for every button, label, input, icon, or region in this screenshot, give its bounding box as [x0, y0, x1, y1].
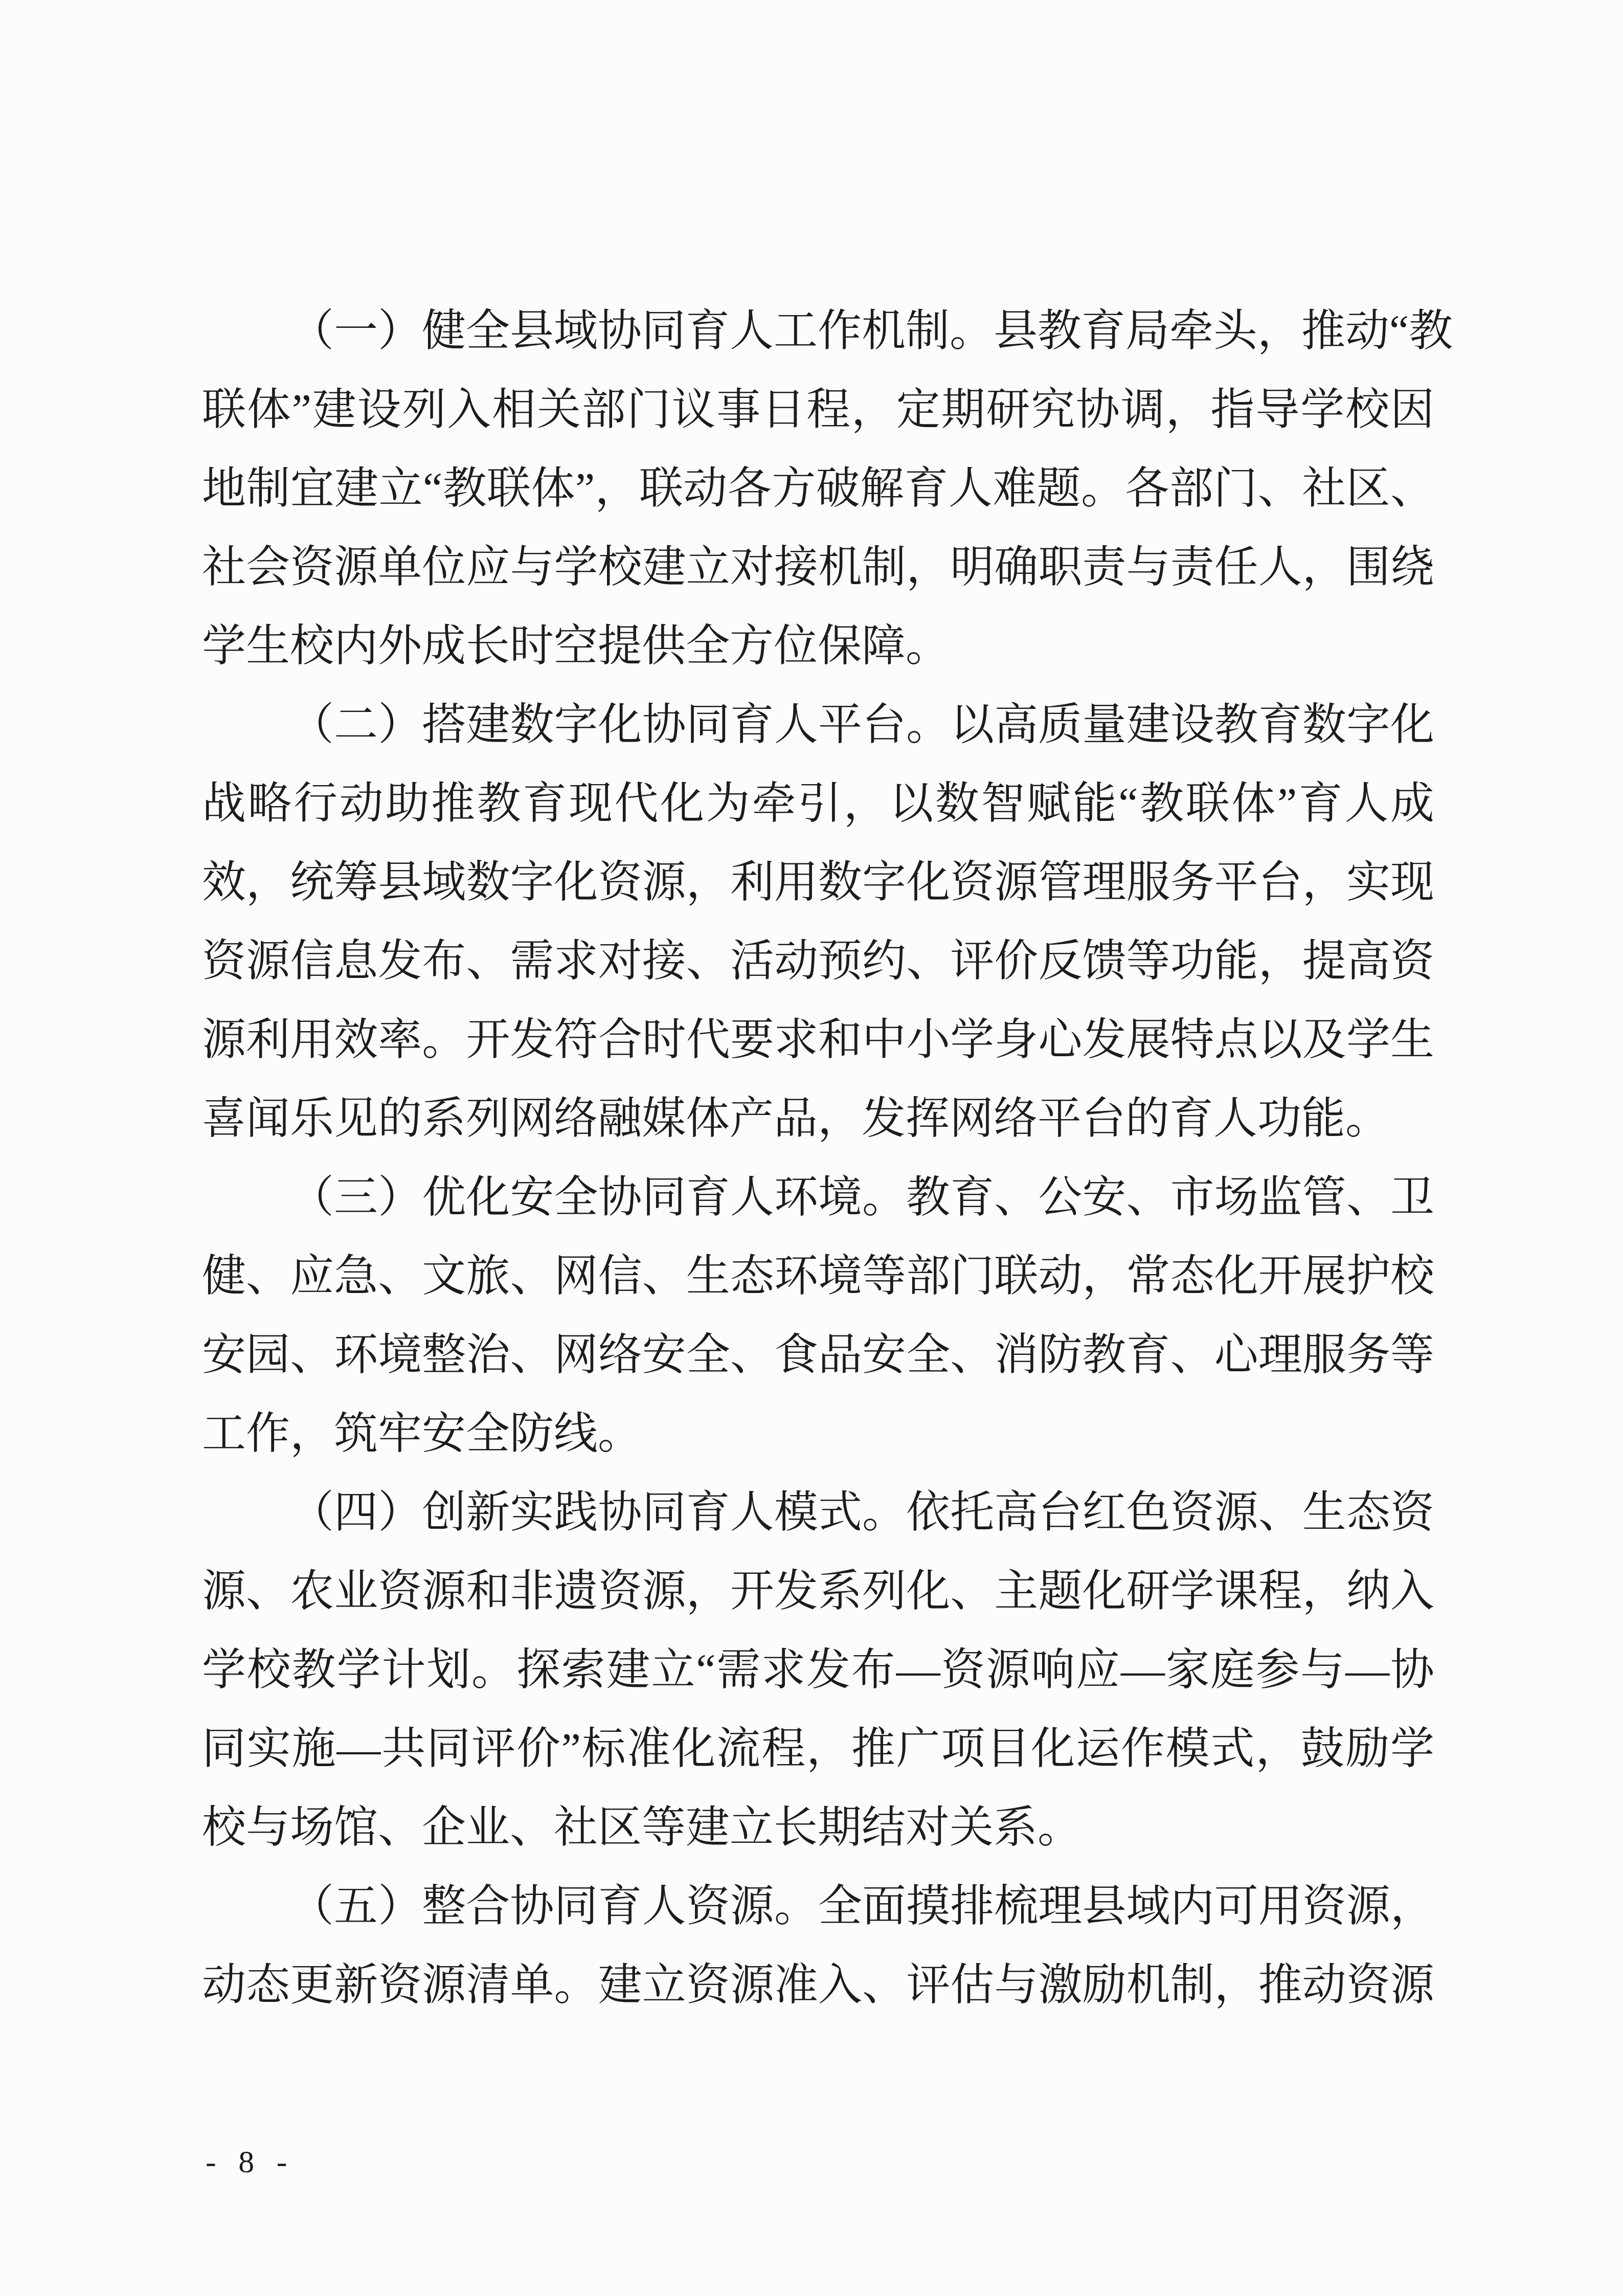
page-number: - 8 - — [206, 2138, 294, 2186]
text-line: 安园、环境整治、网络安全、食品安全、消防教育、心理服务等 — [202, 1316, 1434, 1394]
text-line: 战略行动助推教育现代化为牵引，以数智赋能“教联体”育人成 — [202, 764, 1434, 843]
text-line: （三）优化安全协同育人环境。教育、公安、市场监管、卫 — [202, 1158, 1434, 1237]
text-line: 源、农业资源和非遗资源，开发系列化、主题化研学课程，纳入 — [202, 1552, 1434, 1631]
text-line: 资源信息发布、需求对接、活动预约、评价反馈等功能，提高资 — [202, 922, 1434, 1000]
text-line: 工作，筑牢安全防线。 — [202, 1394, 1434, 1473]
text-line: 喜闻乐见的系列网络融媒体产品，发挥网络平台的育人功能。 — [202, 1079, 1434, 1158]
text-line: （一）健全县域协同育人工作机制。县教育局牵头，推动“教 — [202, 292, 1434, 370]
text-line: 校与场馆、企业、社区等建立长期结对关系。 — [202, 1788, 1434, 1867]
text-line: （二）搭建数字化协同育人平台。以高质量建设教育数字化 — [202, 685, 1434, 764]
text-line: 学校教学计划。探索建立“需求发布—资源响应—家庭参与—协 — [202, 1631, 1434, 1709]
text-line: 效，统筹县域数字化资源，利用数字化资源管理服务平台，实现 — [202, 843, 1434, 922]
text-line: 动态更新资源清单。建立资源准入、评估与激励机制，推动资源 — [202, 1946, 1434, 2024]
text-line: 同实施—共同评价”标准化流程，推广项目化运作模式，鼓励学 — [202, 1709, 1434, 1788]
text-line: 社会资源单位应与学校建立对接机制，明确职责与责任人，围绕 — [202, 528, 1434, 607]
document-page: （一）健全县域协同育人工作机制。县教育局牵头，推动“教 联体”建设列入相关部门议… — [0, 0, 1623, 2296]
text-line: （五）整合协同育人资源。全面摸排梳理县域内可用资源， — [202, 1867, 1434, 1946]
text-line: 地制宜建立“教联体”，联动各方破解育人难题。各部门、社区、 — [202, 449, 1434, 528]
text-line: 健、应急、文旅、网信、生态环境等部门联动，常态化开展护校 — [202, 1237, 1434, 1316]
text-line: 源利用效率。开发符合时代要求和中小学身心发展特点以及学生 — [202, 1000, 1434, 1079]
text-line: 学生校内外成长时空提供全方位保障。 — [202, 607, 1434, 685]
text-line: 联体”建设列入相关部门议事日程，定期研究协调，指导学校因 — [202, 370, 1434, 449]
text-line: （四）创新实践协同育人模式。依托高台红色资源、生态资 — [202, 1473, 1434, 1552]
document-body: （一）健全县域协同育人工作机制。县教育局牵头，推动“教 联体”建设列入相关部门议… — [202, 292, 1434, 2024]
